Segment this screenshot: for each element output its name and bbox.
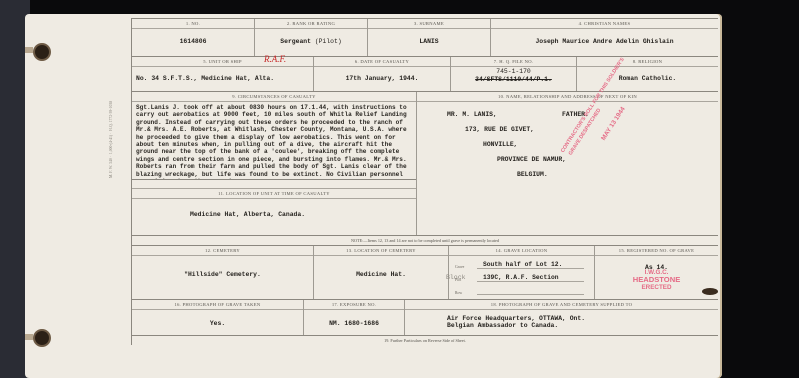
punch-hole-top bbox=[35, 45, 49, 59]
stamp-date: MAY 13 1944 bbox=[600, 106, 627, 142]
further-particulars: 19. Further Particulars on Reverse Side … bbox=[132, 336, 718, 345]
field-date-casualty: 6. Date of Casualty 17th January, 1944. bbox=[314, 57, 451, 91]
field-number: 1. No. 1614806 bbox=[132, 19, 255, 56]
field-exposure-no: 17. Exposure No. NM. 1680-1686 bbox=[304, 300, 405, 335]
row-identity: 1. No. 1614806 2. Rank or Rating Sergean… bbox=[132, 18, 718, 57]
row-cemetery: 12. Cemetery "Hillside" Cemetery. 13. Lo… bbox=[132, 246, 718, 300]
field-christian-names: 4. Christian Names Joseph Maurice Andre … bbox=[491, 19, 718, 56]
punch-hole-bottom bbox=[35, 331, 49, 345]
field-surname: 3. Surname LANIS bbox=[368, 19, 491, 56]
form-code: M. F. W. 340 · 1,000-(4-41) · H.Q. 1772-… bbox=[109, 101, 113, 178]
field-rank: 2. Rank or Rating Sergeant (Pilot) bbox=[255, 19, 368, 56]
field-religion: 8. Religion Roman Catholic. bbox=[577, 57, 718, 91]
field-photograph-supplied: 18. Photograph of Grave and Cemetery Sup… bbox=[405, 300, 718, 335]
field-hq-file: 7. H. Q. File No. 745-1-170 34/SFTS/1110… bbox=[451, 57, 577, 91]
field-photograph-taken: 16. Photograph of Grave Taken Yes. bbox=[132, 300, 304, 335]
row-circumstances: 9. Circumstances of Casualty Sgt.Lanis J… bbox=[132, 92, 718, 236]
field-circumstances: 9. Circumstances of Casualty Sgt.Lanis J… bbox=[132, 92, 417, 235]
block-overwrite: Block bbox=[446, 274, 466, 281]
field-grave-location: 14. Grave Location GraveSouth half of Lo… bbox=[449, 246, 595, 299]
raf-annotation: R.A.F. bbox=[264, 54, 286, 64]
field-next-of-kin: 10. Name, Relationship and Address of Ne… bbox=[417, 92, 718, 235]
form-note: NOTE:—Items 12, 13 and 14 are not to be … bbox=[132, 236, 718, 246]
binder-tab bbox=[25, 47, 33, 53]
field-cemetery: 12. Cemetery "Hillside" Cemetery. bbox=[132, 246, 314, 299]
field-unit: 5. Unit or Ship R.A.F. No. 34 S.F.T.S., … bbox=[132, 57, 314, 91]
headstone-stamp: I.W.G.C. HEADSTONE ERECTED bbox=[595, 269, 718, 292]
row-photographs: 16. Photograph of Grave Taken Yes. 17. E… bbox=[132, 300, 718, 336]
casualty-form: 1. No. 1614806 2. Rank or Rating Sergean… bbox=[131, 18, 718, 345]
binder-tab bbox=[25, 334, 33, 340]
field-registered-grave: 15. Registered No. of Grave As 14. I.W.G… bbox=[595, 246, 718, 299]
field-location-cemetery: 13. Location of Cemetery Medicine Hat. bbox=[314, 246, 449, 299]
